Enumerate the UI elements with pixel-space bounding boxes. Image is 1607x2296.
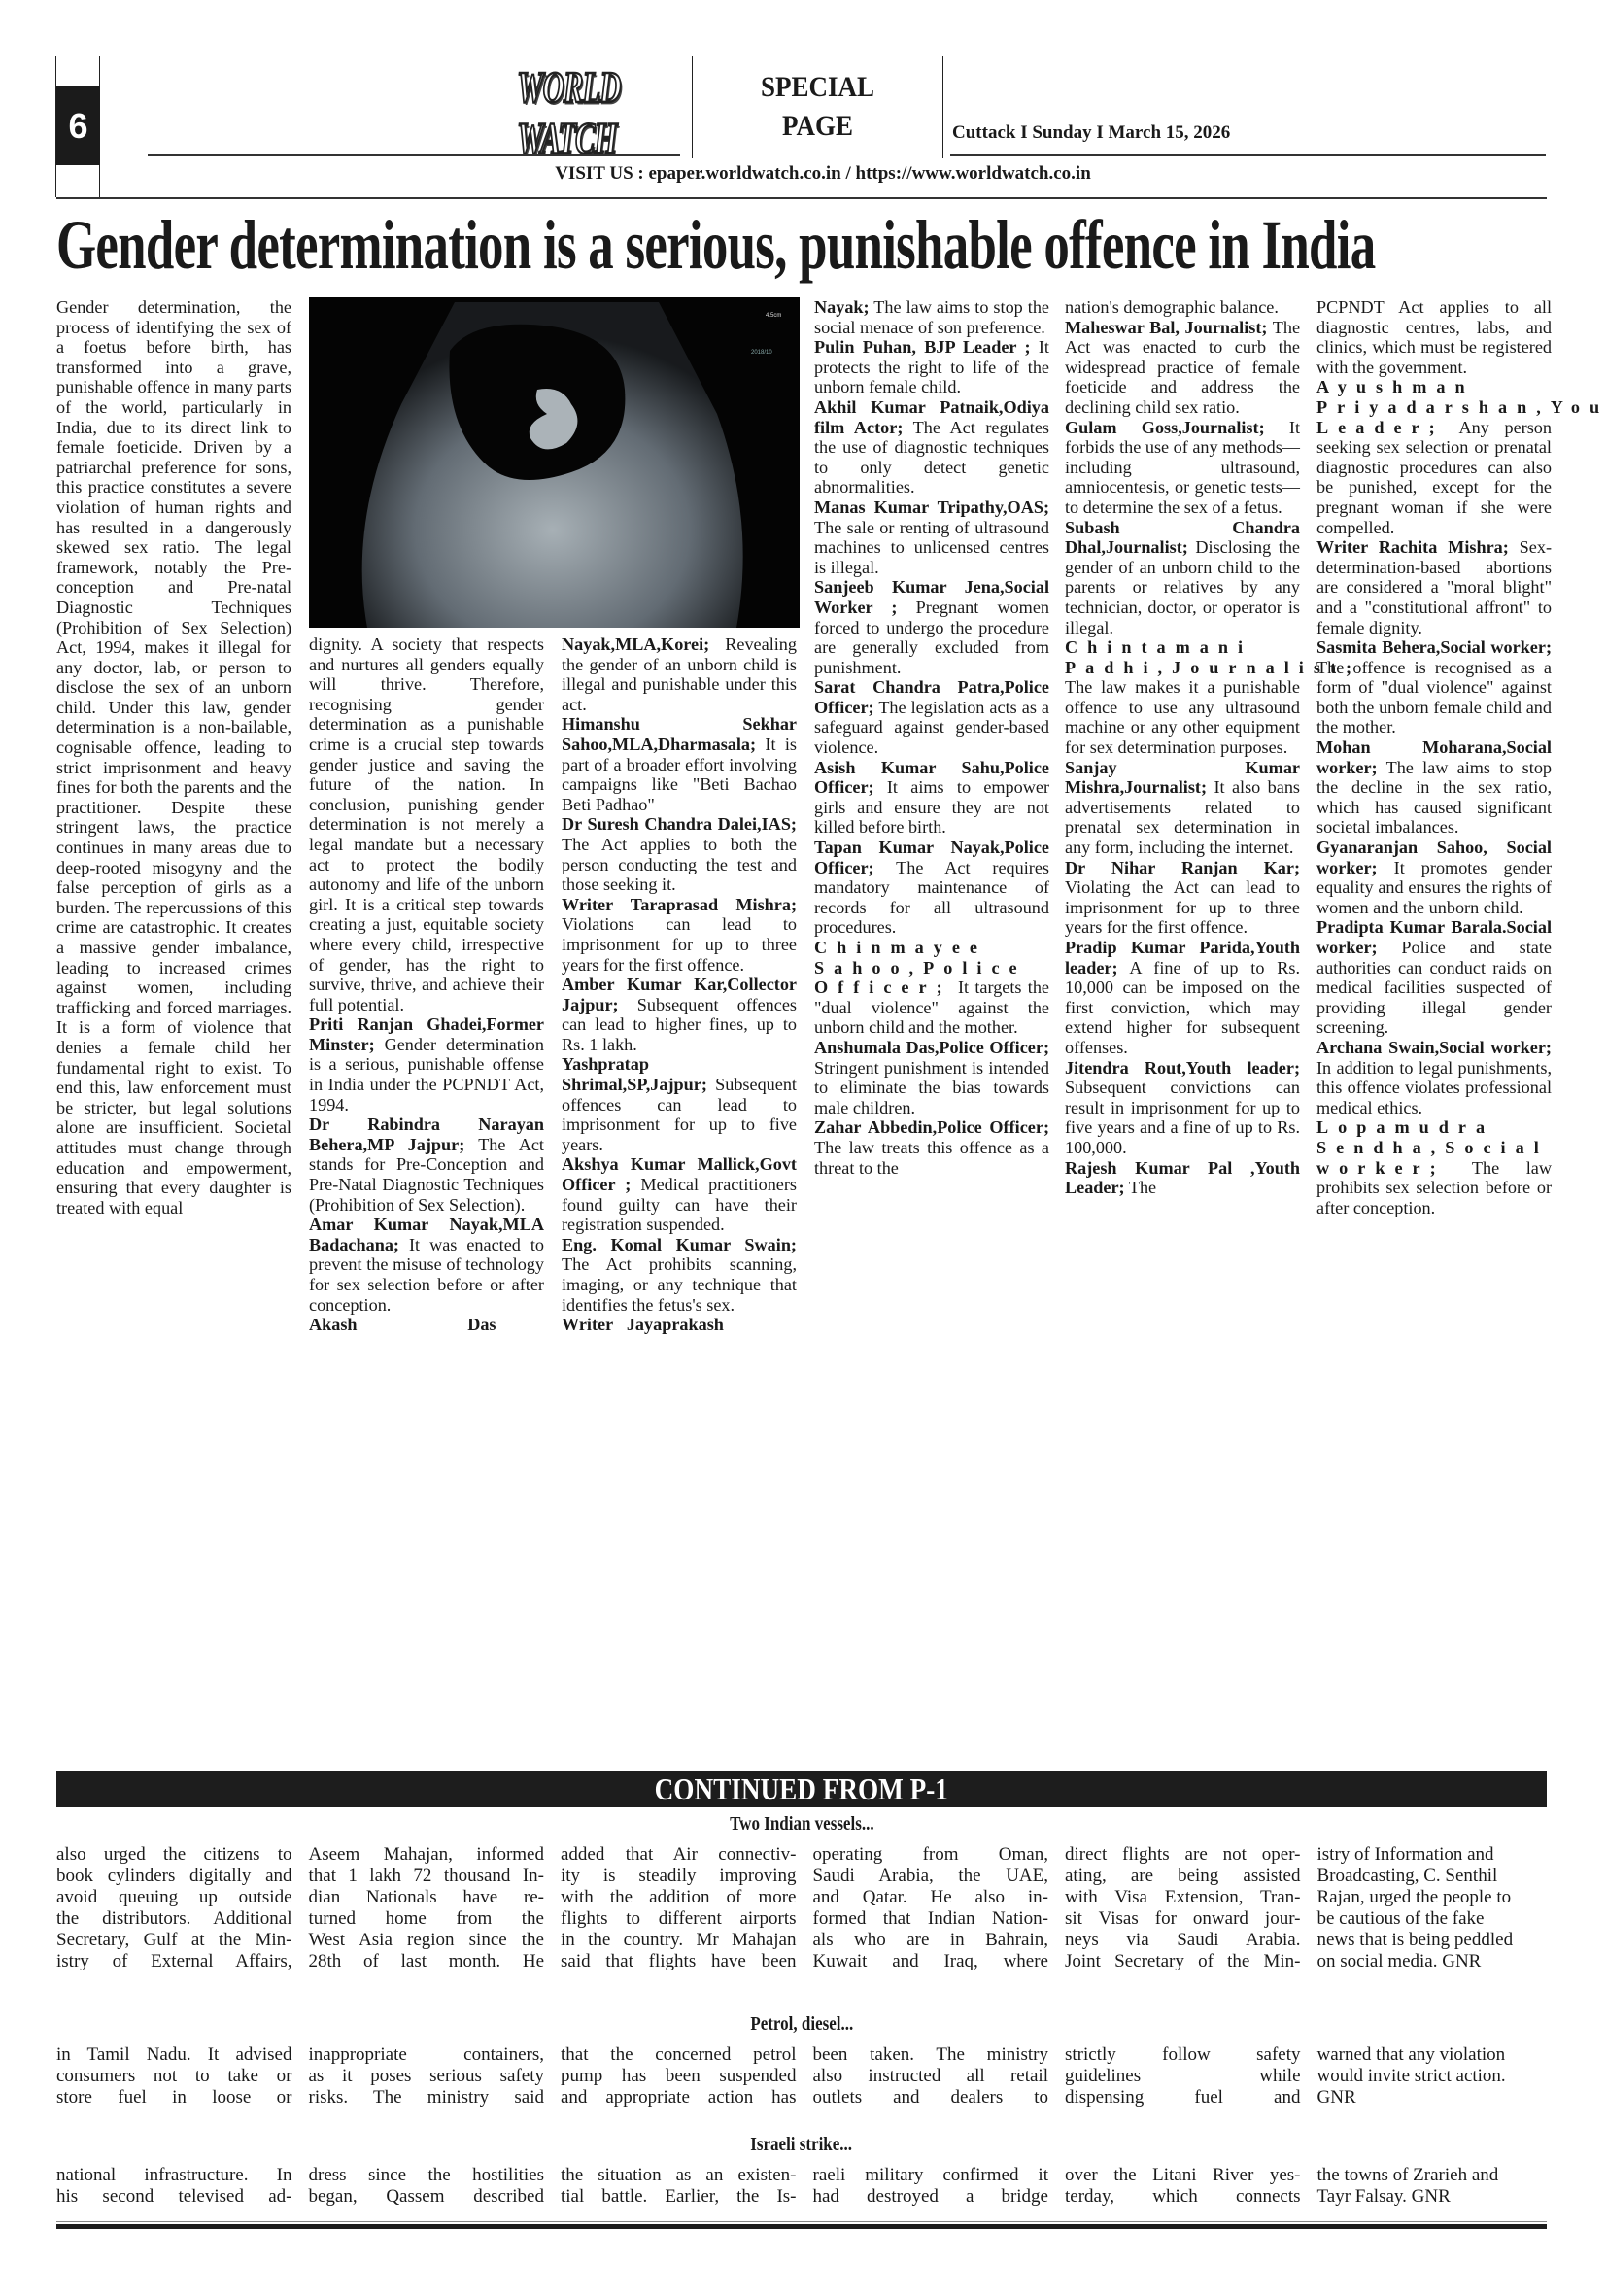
- quote-text-partial: The law treats this offence as a threat …: [814, 1138, 1049, 1178]
- story-line: added that Air connectiv-: [561, 1844, 797, 1866]
- story-line: Saudi Arabia, the UAE,: [813, 1866, 1049, 1887]
- story-line: in the country. Mr Mahajan: [561, 1930, 797, 1951]
- quote-item: Anshumala Das,Police Officer; Stringent …: [814, 1038, 1049, 1117]
- quote-item: Priti Ranjan Ghadei,Former Minster; Gend…: [309, 1014, 544, 1114]
- story-line: West Asia region since the: [309, 1930, 545, 1951]
- story-line: over the Litani River yes-: [1065, 2165, 1301, 2186]
- quote-item: Akshya Kumar Mallick,Govt Officer ; Medi…: [562, 1154, 797, 1234]
- quote-item: Jitendra Rout,Youth leader; Subsequent c…: [1065, 1058, 1300, 1158]
- quote-author: Rajesh Kumar Pal ,Youth Leader;: [1065, 1158, 1300, 1198]
- story-line: Secretary, Gulf at the Min-: [56, 1930, 292, 1951]
- footer-rule: [56, 2224, 1547, 2229]
- svg-text:2018/10: 2018/10: [751, 350, 772, 356]
- story-column: that the concerned petrolpump has been s…: [561, 2044, 797, 2108]
- story-column: the towns of Zrarieh andTayr Falsay. GNR: [1317, 2165, 1554, 2208]
- quote-item: Ayushman Priyadarshan,Youth Leader; Any …: [1316, 377, 1552, 537]
- story-column: operating from Oman,Saudi Arabia, the UA…: [813, 1844, 1049, 1972]
- quote-text: Stringent punishment is intended to elim…: [814, 1058, 1049, 1117]
- section-label-line1: SPECIAL: [705, 68, 930, 107]
- article-column-5: nation's demographic balance. Maheswar B…: [1065, 297, 1300, 1198]
- story-line: dispensing fuel and: [1065, 2087, 1301, 2108]
- story-column: warned that any violationwould invite st…: [1317, 2044, 1554, 2108]
- section-label: SPECIAL PAGE: [693, 68, 942, 146]
- quote-author: Jitendra Rout,Youth leader;: [1065, 1058, 1300, 1078]
- quote-author: Gulam Goss,Journalist;: [1065, 418, 1265, 437]
- story-line: with Visa Extension, Tran-: [1065, 1887, 1301, 1908]
- story-line: been taken. The ministry: [813, 2044, 1049, 2066]
- story-line: guidelines while: [1065, 2066, 1301, 2087]
- quote-item: Sanjay Kumar Mishra,Journalist; It also …: [1065, 758, 1300, 858]
- quote-item: Nayak; The law aims to stop the social m…: [814, 297, 1049, 337]
- story-line: the distributors. Additional: [56, 1908, 292, 1930]
- story-title-text: Israeli strike...: [751, 2134, 853, 2156]
- quote-item: Dr Suresh Chandra Dalei,IAS; The Act app…: [562, 814, 797, 894]
- story-line: Kuwait and Iraq, where: [813, 1951, 1049, 1972]
- story-column: Aseem Mahajan, informedthat 1 lakh 72 th…: [309, 1844, 545, 1972]
- story-line: neys via Saudi Arabia.: [1065, 1930, 1301, 1951]
- quote-author: Yashpratap Shrimal,SP,Jajpur;: [562, 1054, 707, 1094]
- quote-author: Eng. Komal Kumar Swain;: [562, 1235, 797, 1254]
- quote-item: Amber Kumar Kar,Collector Jajpur; Subseq…: [562, 975, 797, 1054]
- ultrasound-image-icon: 4.5cm 2018/10: [309, 297, 800, 628]
- story-line: tial battle. Earlier, the Is-: [561, 2186, 797, 2208]
- story-title: Israeli strike...: [56, 2134, 1547, 2156]
- quote-text: The sale or renting of ultrasound machin…: [814, 518, 1049, 577]
- article-column-6: PCPNDT Act applies to all diagnostic cen…: [1316, 297, 1552, 1217]
- story-line: in Tamil Nadu. It advised: [56, 2044, 292, 2066]
- story-line: also instructed all retail: [813, 2066, 1049, 2087]
- quote-author: Manas Kumar Tripathy,OAS;: [814, 497, 1049, 517]
- story-line: strictly follow safety: [1065, 2044, 1301, 2066]
- quote-item: Dr Rabindra Narayan Behera,MP Jajpur; Th…: [309, 1114, 544, 1215]
- story-line: sit Visas for onward jour-: [1065, 1908, 1301, 1930]
- quote-continuation: nation's demographic balance.: [1065, 297, 1300, 318]
- article-headline: Gender determination is a serious, punis…: [56, 206, 1156, 284]
- story-title-text: Petrol, diesel...: [750, 2013, 853, 2036]
- page-number: 6: [56, 86, 100, 165]
- visit-us-links[interactable]: VISIT US : epaper.worldwatch.co.in / htt…: [99, 163, 1547, 185]
- story-columns: national infrastructure. Inhis second te…: [56, 2165, 1553, 2208]
- story-title-text: Two Indian vessels...: [730, 1813, 873, 1835]
- story-columns: in Tamil Nadu. It advisedconsumers not t…: [56, 2044, 1553, 2108]
- story-line: had destroyed a bridge: [813, 2186, 1049, 2208]
- story-column: also urged the citizens tobook cylinders…: [56, 1844, 292, 1972]
- quote-author: Writer Rachita Mishra;: [1316, 537, 1509, 557]
- story-line: raeli military confirmed it: [813, 2165, 1049, 2186]
- quote-item: Gulam Goss,Journalist; It forbids the us…: [1065, 418, 1300, 518]
- header-bottom-rule: [56, 197, 1547, 199]
- story-column: istry of Information andBroadcasting, C.…: [1317, 1844, 1554, 1972]
- story-line: turned home from the: [309, 1908, 545, 1930]
- story-line: store fuel in loose or: [56, 2087, 292, 2108]
- dateline: Cuttack I Sunday I March 15, 2026: [952, 122, 1230, 144]
- quote-text: In addition to legal punishments, this o…: [1316, 1058, 1552, 1117]
- story-line: would invite strict action.: [1317, 2066, 1554, 2087]
- story-line: the towns of Zrarieh and: [1317, 2165, 1554, 2186]
- story-line: consumers not to take or: [56, 2066, 292, 2087]
- story-line: that the concerned petrol: [561, 2044, 797, 2066]
- quote-author: Himanshu Sekhar Sahoo,MLA,Dharmasala;: [562, 714, 797, 754]
- story-line: terday, which connects: [1065, 2186, 1301, 2208]
- story-line: began, Qassem described: [309, 2186, 545, 2208]
- quote-item: Sarat Chandra Patra,Police Officer; The …: [814, 677, 1049, 757]
- story-line: that 1 lakh 72 thousand In-: [309, 1866, 545, 1887]
- story-line: national infrastructure. In: [56, 2165, 292, 2186]
- quote-item: Sanjeeb Kumar Jena,Social Worker ; Pregn…: [814, 577, 1049, 677]
- story-line: risks. The ministry said: [309, 2087, 545, 2108]
- continued-band-label: CONTINUED FROM P-1: [655, 1771, 948, 1807]
- continued-band: CONTINUED FROM P-1: [56, 1771, 1547, 1807]
- story-line: inappropriate containers,: [309, 2044, 545, 2066]
- story-line: Rajan, urged the people to: [1317, 1887, 1554, 1908]
- quote-item: Eng. Komal Kumar Swain; The Act prohibit…: [562, 1235, 797, 1315]
- quote-text: The law makes it a punishable offence to…: [1065, 677, 1300, 757]
- story-column: raeli military confirmed ithad destroyed…: [813, 2165, 1049, 2208]
- quote-item: Archana Swain,Social worker; In addition…: [1316, 1038, 1552, 1117]
- story-line: also urged the citizens to: [56, 1844, 292, 1866]
- story-line: Aseem Mahajan, informed: [309, 1844, 545, 1866]
- story-line: ating, are being assisted: [1065, 1866, 1301, 1887]
- story-line: the situation as an existen-: [561, 2165, 797, 2186]
- masthead-logo: WORLD WATCH: [503, 78, 688, 154]
- quote-item: Pradip Kumar Parida,Youth leader; A fine…: [1065, 938, 1300, 1058]
- quote-item: Dr Nihar Ranjan Kar; Violating the Act c…: [1065, 858, 1300, 938]
- story-line: Joint Secretary of the Min-: [1065, 1951, 1301, 1972]
- story-line: istry of Information and: [1317, 1844, 1554, 1866]
- story-line: dian Nationals have re-: [309, 1887, 545, 1908]
- quote-author-partial: Writer Jayaprakash: [562, 1315, 724, 1334]
- story-line: and appropriate action has: [561, 2087, 797, 2108]
- quote-item: Tapan Kumar Nayak,Police Officer; The Ac…: [814, 838, 1049, 938]
- story-line: his second televised ad-: [56, 2186, 292, 2208]
- ultrasound-photo: 4.5cm 2018/10: [309, 297, 800, 628]
- article-body-text: Gender determination, the process of ide…: [56, 297, 291, 1217]
- story-line: warned that any violation: [1317, 2044, 1554, 2066]
- quote-item: Chintamani Padhi,Journalist; The law mak…: [1065, 637, 1300, 758]
- quote-item: Akash Das: [309, 1315, 544, 1335]
- quote-author: Dr Suresh Chandra Dalei,IAS;: [562, 814, 797, 834]
- story-line: on social media. GNR: [1317, 1951, 1554, 1972]
- story-line: 28th of last month. He: [309, 1951, 545, 1972]
- quote-item: Rajesh Kumar Pal ,Youth Leader; The: [1065, 1158, 1300, 1198]
- quote-text: The offence is recognised as a form of "…: [1316, 658, 1552, 737]
- story-column: added that Air connectiv-ity is steadily…: [561, 1844, 797, 1972]
- story-line: ity is steadily improving: [561, 1866, 797, 1887]
- header-rule: [148, 154, 680, 156]
- story-line: dress since the hostilities: [309, 2165, 545, 2186]
- header-divider: [942, 56, 943, 158]
- story-line: flights to different airports: [561, 1908, 797, 1930]
- quote-author: Writer Taraprasad Mishra;: [562, 895, 797, 914]
- story-column: direct flights are not oper-ating, are b…: [1065, 1844, 1301, 1972]
- story-line: istry of External Affairs,: [56, 1951, 292, 1972]
- quote-item: Gyanaranjan Sahoo, Social worker; It pro…: [1316, 838, 1552, 917]
- quote-text: The Act applies to both the person condu…: [562, 835, 797, 894]
- story-line: with the addition of more: [561, 1887, 797, 1908]
- story-line: direct flights are not oper-: [1065, 1844, 1301, 1866]
- quote-item: Asish Kumar Sahu,Police Officer; It aims…: [814, 758, 1049, 838]
- quote-author-partial: Nayak;: [814, 297, 870, 317]
- section-label-line2: PAGE: [705, 107, 930, 146]
- quote-continuation: PCPNDT Act applies to all diagnostic cen…: [1316, 297, 1552, 377]
- quote-author: Dr Nihar Ranjan Kar;: [1065, 858, 1300, 877]
- quote-item: Amar Kumar Nayak,MLA Badachana; It was e…: [309, 1215, 544, 1315]
- quote-item: Maheswar Bal, Journalist; The Act was en…: [1065, 318, 1300, 418]
- article-column-1: Gender determination, the process of ide…: [56, 297, 291, 1217]
- header-rule: [950, 154, 1546, 156]
- story-line: as it poses serious safety: [309, 2066, 545, 2087]
- quote-item: Pradipta Kumar Barala.Social worker; Pol…: [1316, 917, 1552, 1038]
- quote-item: Sasmita Behera,Social worker; The offenc…: [1316, 637, 1552, 737]
- article-body-text: dignity. A society that respects and nur…: [309, 634, 544, 1014]
- quote-item: Chinmayee Sahoo,Police Officer; It targe…: [814, 938, 1049, 1038]
- quote-author: Zahar Abbedin,Police Officer;: [814, 1117, 1049, 1137]
- quote-item: Lopamudra Sendha,Social worker; The law …: [1316, 1117, 1552, 1217]
- article-column-3: Nayak,MLA,Korei; Revealing the gender of…: [562, 634, 797, 1335]
- story-line: outlets and dealers to: [813, 2087, 1049, 2108]
- quote-item: Himanshu Sekhar Sahoo,MLA,Dharmasala; It…: [562, 714, 797, 814]
- footer-rule-thin: [56, 2221, 1547, 2222]
- article-column-2: dignity. A society that respects and nur…: [309, 634, 544, 1335]
- story-line: formed that Indian Nation-: [813, 1908, 1049, 1930]
- story-line: Tayr Falsay. GNR: [1317, 2186, 1554, 2208]
- story-line: and Qatar. He also in-: [813, 1887, 1049, 1908]
- story-line: be cautious of the fake: [1317, 1908, 1554, 1930]
- story-column: in Tamil Nadu. It advisedconsumers not t…: [56, 2044, 292, 2108]
- story-line: als who are in Bahrain,: [813, 1930, 1049, 1951]
- quote-item: Yashpratap Shrimal,SP,Jajpur; Subsequent…: [562, 1054, 797, 1154]
- story-line: news that is being peddled: [1317, 1930, 1554, 1951]
- quote-item: Writer Rachita Mishra; Sex-determination…: [1316, 537, 1552, 637]
- story-column: dress since the hostilitiesbegan, Qassem…: [309, 2165, 545, 2208]
- quote-text: Violating the Act can lead to imprisonme…: [1065, 877, 1300, 937]
- story-column: national infrastructure. Inhis second te…: [56, 2165, 292, 2208]
- quote-author: Maheswar Bal, Journalist;: [1065, 318, 1267, 337]
- quote-item: Akhil Kumar Patnaik,Odiya film Actor; Th…: [814, 397, 1049, 497]
- article-column-4: Nayak; The law aims to stop the social m…: [814, 297, 1049, 1178]
- quote-author: Pulin Puhan, BJP Leader ;: [814, 337, 1031, 357]
- story-line: Broadcasting, C. Senthil: [1317, 1866, 1554, 1887]
- quote-item: Writer Taraprasad Mishra; Violations can…: [562, 895, 797, 975]
- story-column: inappropriate containers,as it poses ser…: [309, 2044, 545, 2108]
- story-line: pump has been suspended: [561, 2066, 797, 2087]
- svg-text:4.5cm: 4.5cm: [766, 313, 781, 319]
- story-line: avoid queuing up outside: [56, 1887, 292, 1908]
- quote-item: Zahar Abbedin,Police Officer; The law tr…: [814, 1117, 1049, 1178]
- story-column: been taken. The ministryalso instructed …: [813, 2044, 1049, 2108]
- quote-item: Pulin Puhan, BJP Leader ; It protects th…: [814, 337, 1049, 397]
- story-title: Two Indian vessels...: [56, 1813, 1547, 1835]
- story-title: Petrol, diesel...: [56, 2013, 1547, 2036]
- quote-item: Mohan Moharana,Social worker; The law ai…: [1316, 737, 1552, 838]
- quote-author-partial: Akash Das: [309, 1315, 496, 1334]
- quote-text: Violations can lead to imprisonment for …: [562, 914, 797, 974]
- story-line: said that flights have been: [561, 1951, 797, 1972]
- story-column: the situation as an existen-tial battle.…: [561, 2165, 797, 2208]
- story-columns: also urged the citizens tobook cylinders…: [56, 1844, 1553, 1972]
- story-column: strictly follow safetyguidelines whiledi…: [1065, 2044, 1301, 2108]
- story-column: over the Litani River yes-terday, which …: [1065, 2165, 1301, 2208]
- quote-author: Sasmita Behera,Social worker;: [1316, 637, 1552, 657]
- quote-text: The Act prohibits scanning, imaging, or …: [562, 1254, 797, 1314]
- quote-item: Nayak,MLA,Korei; Revealing the gender of…: [562, 634, 797, 714]
- story-line: operating from Oman,: [813, 1844, 1049, 1866]
- quote-text: Subsequent convictions can result in imp…: [1065, 1078, 1300, 1157]
- quote-item: Writer Jayaprakash: [562, 1315, 797, 1335]
- quote-item: Manas Kumar Tripathy,OAS; The sale or re…: [814, 497, 1049, 577]
- story-line: GNR: [1317, 2087, 1554, 2108]
- quote-author-partial: Nayak,MLA,Korei;: [562, 634, 709, 654]
- quote-text-partial: The: [1129, 1178, 1156, 1197]
- logo-text: WORLD WATCH: [517, 62, 674, 164]
- story-line: book cylinders digitally and: [56, 1866, 292, 1887]
- quote-author: Anshumala Das,Police Officer;: [814, 1038, 1049, 1057]
- quote-item: Subash Chandra Dhal,Journalist; Disclosi…: [1065, 518, 1300, 638]
- quote-author: Archana Swain,Social worker;: [1316, 1038, 1552, 1057]
